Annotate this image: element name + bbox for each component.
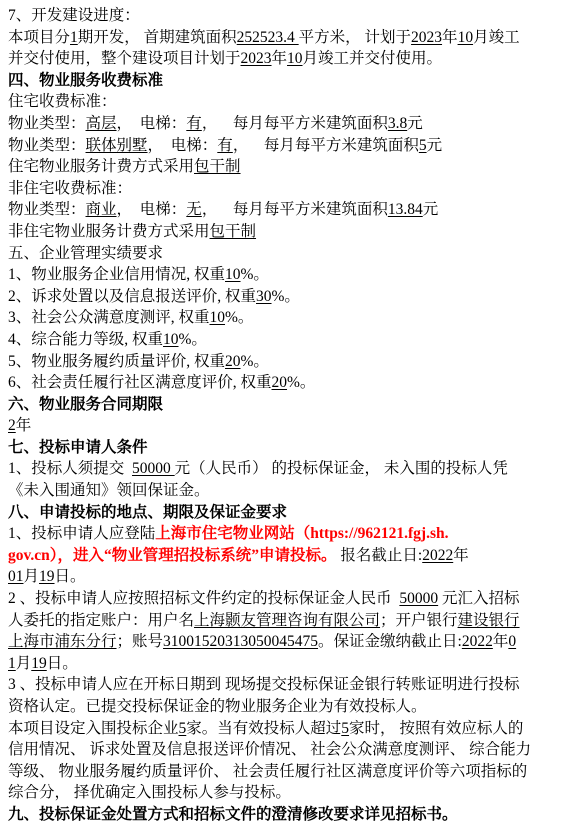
red-emphasis-text: 上海市住宅物业网站（https://962121.fgj.sh. xyxy=(155,525,448,542)
underlined-value: 01 xyxy=(8,568,24,585)
text-line: 1、物业服务企业信用情况, 权重10%。 xyxy=(8,264,571,286)
text-segment: 等级、 物业服务履约质量评价、 社会责任履行社区满意度评价等六项指标的 xyxy=(8,763,527,780)
text-line: 1、投标申请人应登陆上海市住宅物业网站（https://962121.fgj.s… xyxy=(8,523,571,545)
text-line: 01月19日。 xyxy=(8,566,571,588)
text-segment: 住宅收费标准： xyxy=(8,93,117,110)
text-segment: 月竣工并交付使用。 xyxy=(303,50,443,67)
underlined-value: 10 xyxy=(458,29,474,46)
text-line: 住宅收费标准： xyxy=(8,91,571,113)
underlined-value: 50000 xyxy=(132,460,175,477)
text-line: 八、申请投标的地点、期限及保证金要求 xyxy=(8,502,571,524)
text-segment: %。 xyxy=(287,374,315,391)
text-segment: 元 xyxy=(407,115,423,132)
text-segment: 1、投标申请人应登陆 xyxy=(8,525,155,542)
text-segment: 1、物业服务企业信用情况, 权重 xyxy=(8,266,225,283)
text-line: 2 、投标申请人应按照招标文件约定的投标保证金人民币 50000 元汇入招标 xyxy=(8,588,571,610)
text-segment: 《未入围通知》领回保证金。 xyxy=(8,482,210,499)
underlined-value: 10 xyxy=(210,309,226,326)
underlined-value: 19 xyxy=(39,568,55,585)
text-segment: 元 xyxy=(423,201,439,218)
text-segment: 住宅物业服务计费方式采用 xyxy=(8,158,194,175)
text-segment: 3、社会公众满意度测评, 权重 xyxy=(8,309,210,326)
text-line: 3 、投标申请人应在开标日期到 现场提交投标保证金银行转账证明进行投标 xyxy=(8,674,571,696)
text-segment: 四、物业服务收费标准 xyxy=(8,72,163,89)
underlined-value: 建设银行 xyxy=(458,612,520,629)
text-segment: ， 每月每平方米建筑面积 xyxy=(202,201,388,218)
text-segment: 信用情况、 诉求处置及信息报送评价情况、 社会公众满意度测评、 综合能力 xyxy=(8,741,531,758)
text-line: 资格认定。已提交投标保证金的物业服务企业为有效投标人。 xyxy=(8,696,571,718)
text-line: 《未入围通知》领回保证金。 xyxy=(8,480,571,502)
underlined-value: 2 xyxy=(8,417,16,434)
text-segment: ， 电梯： xyxy=(148,137,218,154)
text-segment: 月竣工 xyxy=(473,29,520,46)
text-segment: 7、开发建设进度： xyxy=(8,7,140,24)
text-segment: 2、诉求处置以及信息报送评价, 权重 xyxy=(8,288,256,305)
text-line: 2、诉求处置以及信息报送评价, 权重30%。 xyxy=(8,286,571,308)
underlined-value: 2023 xyxy=(241,50,272,67)
underlined-value: 商业 xyxy=(86,201,117,218)
text-segment: 家时， 按照有效应标人的 xyxy=(349,720,523,737)
text-segment: 物业类型： xyxy=(8,137,86,154)
text-segment: 非住宅收费标准： xyxy=(8,180,132,197)
text-segment: 5、物业服务履约质量评价, 权重 xyxy=(8,353,225,370)
text-segment: 日。 xyxy=(55,568,86,585)
text-line: 上海市浦东分行；账号31001520313050045475。保证金缴纳截止日:… xyxy=(8,631,571,653)
text-segment: 元（人民币） 的投标保证金， 未入围的投标人凭 xyxy=(175,460,508,477)
text-segment: 本项目分 xyxy=(8,29,70,46)
text-line: 3、社会公众满意度测评, 权重10%。 xyxy=(8,307,571,329)
text-segment: 综合分， 择优确定入围投标人参与投标。 xyxy=(8,784,291,801)
underlined-value: 10 xyxy=(163,331,179,348)
underlined-value: 10 xyxy=(225,266,241,283)
text-segment: ， 每月每平方米建筑面积 xyxy=(202,115,388,132)
text-line: 5、物业服务履约质量评价, 权重20%。 xyxy=(8,351,571,373)
underlined-value: 30 xyxy=(256,288,272,305)
text-line: 六、物业服务合同期限 xyxy=(8,394,571,416)
underlined-value: 19 xyxy=(31,655,47,672)
text-segment: 月 xyxy=(24,568,40,585)
underlined-value: 13.84 xyxy=(388,201,423,218)
text-segment: 年 xyxy=(442,29,458,46)
text-segment: 1、投标人须提交 xyxy=(8,460,132,477)
text-line: 非住宅收费标准： xyxy=(8,178,571,200)
text-segment: 期开发， 首期建筑面积 xyxy=(78,29,237,46)
document-page: 7、开发建设进度：本项目分1期开发， 首期建筑面积252523.4 平方米， 计… xyxy=(0,0,577,827)
text-line: 6、社会责任履行社区满意度评价, 权重20%。 xyxy=(8,372,571,394)
text-segment: 平方米， 计划于 xyxy=(299,29,411,46)
text-line: 7、开发建设进度： xyxy=(8,5,571,27)
underlined-value: 2023 xyxy=(411,29,442,46)
text-segment: 报名截止日: xyxy=(337,547,423,564)
text-segment: 人委托的指定账户：用户名 xyxy=(8,612,194,629)
text-segment: ；账号 xyxy=(117,633,164,650)
text-segment: ， 电梯： xyxy=(117,201,187,218)
underlined-value: 3.8 xyxy=(388,115,407,132)
text-line: 五、企业管理实绩要求 xyxy=(8,243,571,265)
text-line: 本项目分1期开发， 首期建筑面积252523.4 平方米， 计划于2023年10… xyxy=(8,27,571,49)
text-segment: 3 、投标申请人应在开标日期到 现场提交投标保证金银行转账证明进行投标 xyxy=(8,676,520,693)
text-line: 七、投标申请人条件 xyxy=(8,437,571,459)
text-segment: 九、投标保证金处置方式和招标文件的澄清修改要求详见招标书。 xyxy=(8,806,458,823)
text-segment: 。保证金缴纳截止日: xyxy=(318,633,462,650)
text-line: 4、综合能力等级, 权重10%。 xyxy=(8,329,571,351)
text-line: 等级、 物业服务履约质量评价、 社会责任履行社区满意度评价等六项指标的 xyxy=(8,761,571,783)
text-segment: 八、申请投标的地点、期限及保证金要求 xyxy=(8,504,287,521)
text-line: 1月19日。 xyxy=(8,653,571,675)
text-segment: 元汇入招标 xyxy=(438,590,519,607)
text-segment: %。 xyxy=(272,288,300,305)
underlined-value: 2022 xyxy=(462,633,493,650)
underlined-value: 20 xyxy=(225,353,241,370)
text-segment: 本项目设定入围投标企业 xyxy=(8,720,179,737)
text-segment: 年 xyxy=(453,547,469,564)
text-segment: ， 电梯： xyxy=(117,115,187,132)
text-segment: %。 xyxy=(241,266,269,283)
underlined-value: 1 xyxy=(70,29,78,46)
text-line: 物业类型：商业， 电梯：无， 每月每平方米建筑面积13.84元 xyxy=(8,199,571,221)
underlined-value: 有 xyxy=(217,137,233,154)
underlined-value: 1 xyxy=(8,655,16,672)
text-segment: 日。 xyxy=(47,655,78,672)
underlined-value: 包干制 xyxy=(210,223,257,240)
text-segment: 物业类型： xyxy=(8,201,86,218)
text-segment: 非住宅物业服务计费方式采用 xyxy=(8,223,210,240)
underlined-value: 10 xyxy=(287,50,303,67)
text-segment: 六、物业服务合同期限 xyxy=(8,396,163,413)
underlined-value: 31001520313050045475 xyxy=(163,633,318,650)
text-segment: 月 xyxy=(16,655,32,672)
text-segment: %。 xyxy=(225,309,253,326)
underlined-value: 包干制 xyxy=(194,158,241,175)
text-line: 本项目设定入围投标企业5家。当有效投标人超过5家时， 按照有效应标人的 xyxy=(8,718,571,740)
underlined-value: 有 xyxy=(186,115,202,132)
text-segment: 七、投标申请人条件 xyxy=(8,439,148,456)
underlined-value: 2022 xyxy=(422,547,453,564)
text-segment: 资格认定。已提交投标保证金的物业服务企业为有效投标人。 xyxy=(8,698,427,715)
text-segment: 家。当有效投标人超过 xyxy=(186,720,341,737)
underlined-value: 50000 xyxy=(399,590,438,607)
text-segment: 年 xyxy=(493,633,509,650)
text-segment: %。 xyxy=(241,353,269,370)
text-line: 1、投标人须提交 50000 元（人民币） 的投标保证金， 未入围的投标人凭 xyxy=(8,458,571,480)
underlined-value: 上海颢友管理咨询有限公司 xyxy=(194,612,380,629)
text-line: 非住宅物业服务计费方式采用包干制 xyxy=(8,221,571,243)
text-line: 物业类型：联体别墅， 电梯：有， 每月每平方米建筑面积5元 xyxy=(8,135,571,157)
text-segment: 年 xyxy=(16,417,32,434)
underlined-value: 252523.4 xyxy=(237,29,299,46)
text-line: 信用情况、 诉求处置及信息报送评价情况、 社会公众满意度测评、 综合能力 xyxy=(8,739,571,761)
text-line: gov.cn），进入“物业管理招投标系统”申请投标。 报名截止日:2022年 xyxy=(8,545,571,567)
red-emphasis-text: gov.cn），进入“物业管理招投标系统”申请投标。 xyxy=(8,547,337,564)
text-line: 人委托的指定账户：用户名上海颢友管理咨询有限公司；开户银行建设银行 xyxy=(8,610,571,632)
text-segment: 五、企业管理实绩要求 xyxy=(8,245,163,262)
underlined-value: 5 xyxy=(419,137,427,154)
text-segment: 并交付使用，整个建设项目计划于 xyxy=(8,50,241,67)
underlined-value: 0 xyxy=(508,633,516,650)
text-line: 九、投标保证金处置方式和招标文件的澄清修改要求详见招标书。 xyxy=(8,804,571,826)
underlined-value: 20 xyxy=(272,374,288,391)
text-segment: 物业类型： xyxy=(8,115,86,132)
text-line: 物业类型：高层， 电梯：有， 每月每平方米建筑面积3.8元 xyxy=(8,113,571,135)
underlined-value: 上海市浦东分行 xyxy=(8,633,117,650)
text-line: 住宅物业服务计费方式采用包干制 xyxy=(8,156,571,178)
text-line: 综合分， 择优确定入围投标人参与投标。 xyxy=(8,782,571,804)
text-segment: 4、综合能力等级, 权重 xyxy=(8,331,163,348)
text-segment: 元 xyxy=(427,137,443,154)
text-line: 2年 xyxy=(8,415,571,437)
text-segment: %。 xyxy=(179,331,207,348)
text-line: 并交付使用，整个建设项目计划于2023年10月竣工并交付使用。 xyxy=(8,48,571,70)
text-segment: 6、社会责任履行社区满意度评价, 权重 xyxy=(8,374,272,391)
document-body: 7、开发建设进度：本项目分1期开发， 首期建筑面积252523.4 平方米， 计… xyxy=(0,0,577,826)
underlined-value: 高层 xyxy=(86,115,117,132)
text-segment: 年 xyxy=(272,50,288,67)
underlined-value: 5 xyxy=(341,720,349,737)
text-segment: ， 每月每平方米建筑面积 xyxy=(233,137,419,154)
text-line: 四、物业服务收费标准 xyxy=(8,70,571,92)
text-segment: ；开户银行 xyxy=(380,612,458,629)
underlined-value: 联体别墅 xyxy=(86,137,148,154)
underlined-value: 无 xyxy=(186,201,202,218)
text-segment: 2 、投标申请人应按照招标文件约定的投标保证金人民币 xyxy=(8,590,399,607)
